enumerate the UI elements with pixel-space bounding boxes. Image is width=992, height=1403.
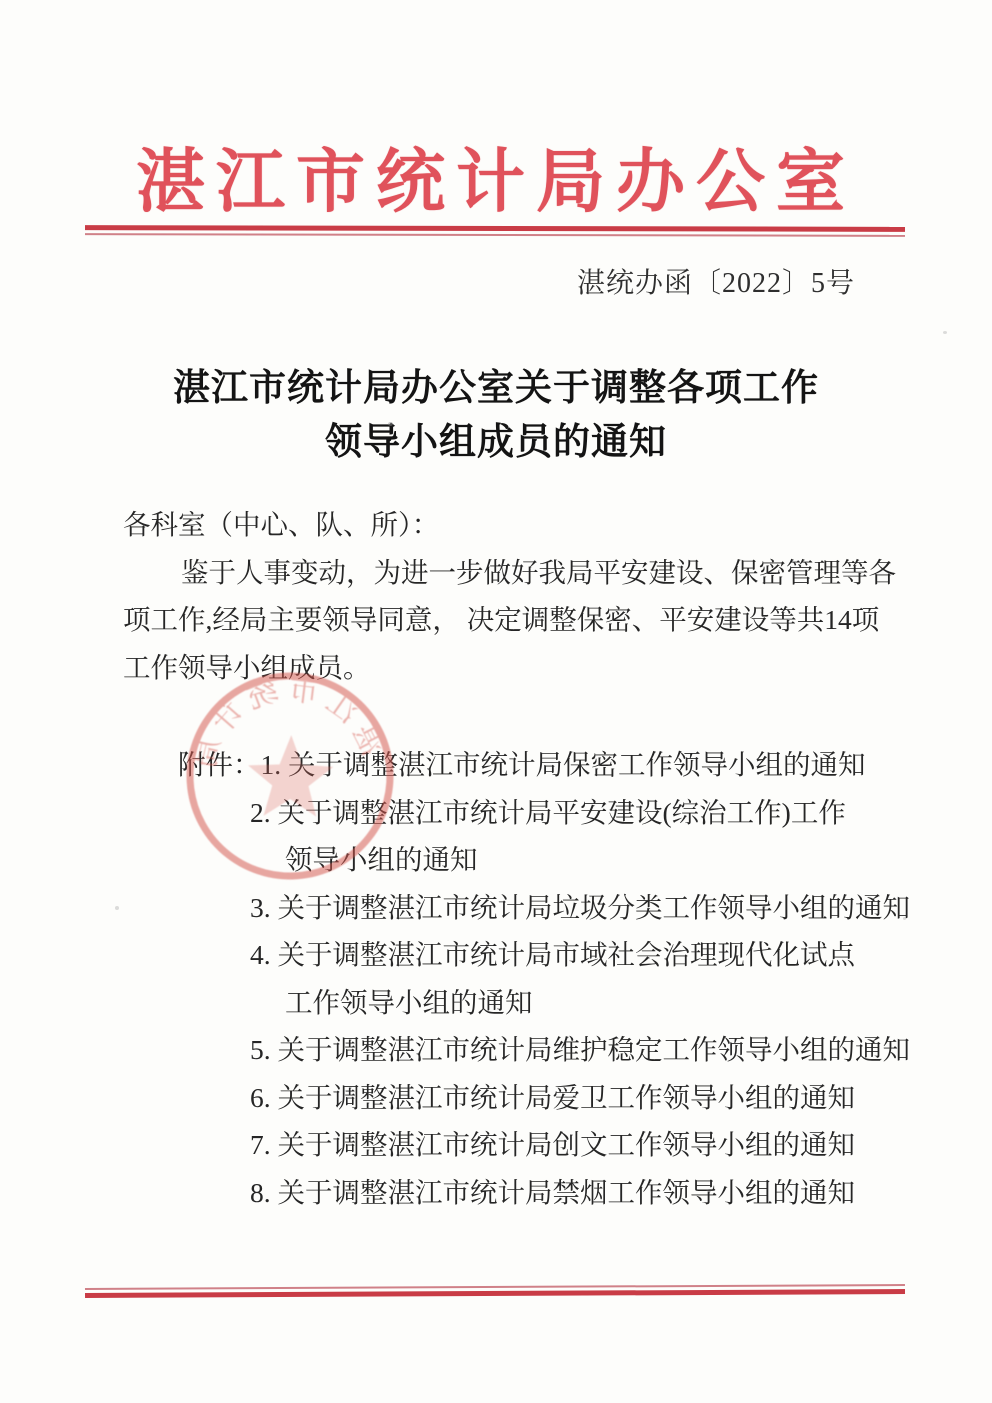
paragraph-line: 项工作,经局主要领导同意， 决定调整保密、平安建设等共14项 — [123, 596, 905, 644]
paragraph-line: 鉴于人事变动，为进一步做好我局平安建设、保密管理等各 — [123, 549, 905, 597]
attachment-line: 8. 关于调整湛江市统计局禁烟工作领导小组的通知 — [123, 1169, 905, 1217]
salutation: 各科室（中心、队、所）： — [123, 501, 905, 549]
document-body: 各科室（中心、队、所）： 鉴于人事变动，为进一步做好我局平安建设、保密管理等各项… — [123, 501, 905, 1216]
scan-speck — [115, 906, 119, 910]
attachment-line: 6. 关于调整湛江市统计局爱卫工作领导小组的通知 — [123, 1074, 905, 1122]
scan-speck — [903, 917, 906, 920]
header-divider — [85, 225, 905, 237]
agency-masthead: 湛江市统计局办公室 — [0, 126, 992, 225]
document-title-line1: 湛江市统计局办公室关于调整各项工作 — [0, 362, 992, 416]
attachment-line: 4. 关于调整湛江市统计局市域社会治理现代化试点 — [123, 931, 905, 979]
attachment-line: 2. 关于调整湛江市统计局平安建设(综治工作)工作 — [123, 789, 905, 837]
main-paragraph: 鉴于人事变动，为进一步做好我局平安建设、保密管理等各项工作,经局主要领导同意， … — [123, 549, 905, 692]
attachment-line: 7. 关于调整湛江市统计局创文工作领导小组的通知 — [123, 1121, 905, 1169]
document-number: 湛统办函〔2022〕5号 — [577, 261, 855, 301]
attachment-line: 5. 关于调整湛江市统计局维护稳定工作领导小组的通知 — [123, 1026, 905, 1074]
header-rule-thick — [85, 225, 905, 232]
attachment-line: 3. 关于调整湛江市统计局垃圾分类工作领导小组的通知 — [123, 884, 905, 932]
attachment-line: 领导小组的通知 — [123, 836, 905, 884]
header-rule-thin — [85, 233, 905, 237]
attachment-line: 工作领导小组的通知 — [123, 979, 905, 1027]
footer-divider — [85, 1284, 905, 1298]
scan-speck — [388, 422, 393, 426]
scan-speck — [943, 331, 947, 334]
attachment-line: 附件：1. 关于调整湛江市统计局保密工作领导小组的通知 — [123, 741, 905, 789]
document-page: 湛江市统计局办公室 湛统办函〔2022〕5号 湛江市统计局办公室关于调整各项工作… — [0, 0, 992, 1403]
paragraph-line: 工作领导小组成员。 — [123, 644, 905, 692]
document-title-line2: 领导小组成员的通知 — [0, 416, 992, 470]
attachment-list: 附件：1. 关于调整湛江市统计局保密工作领导小组的通知2. 关于调整湛江市统计局… — [123, 741, 905, 1216]
footer-rule-thick — [85, 1289, 905, 1298]
document-title: 湛江市统计局办公室关于调整各项工作 领导小组成员的通知 — [0, 362, 992, 470]
